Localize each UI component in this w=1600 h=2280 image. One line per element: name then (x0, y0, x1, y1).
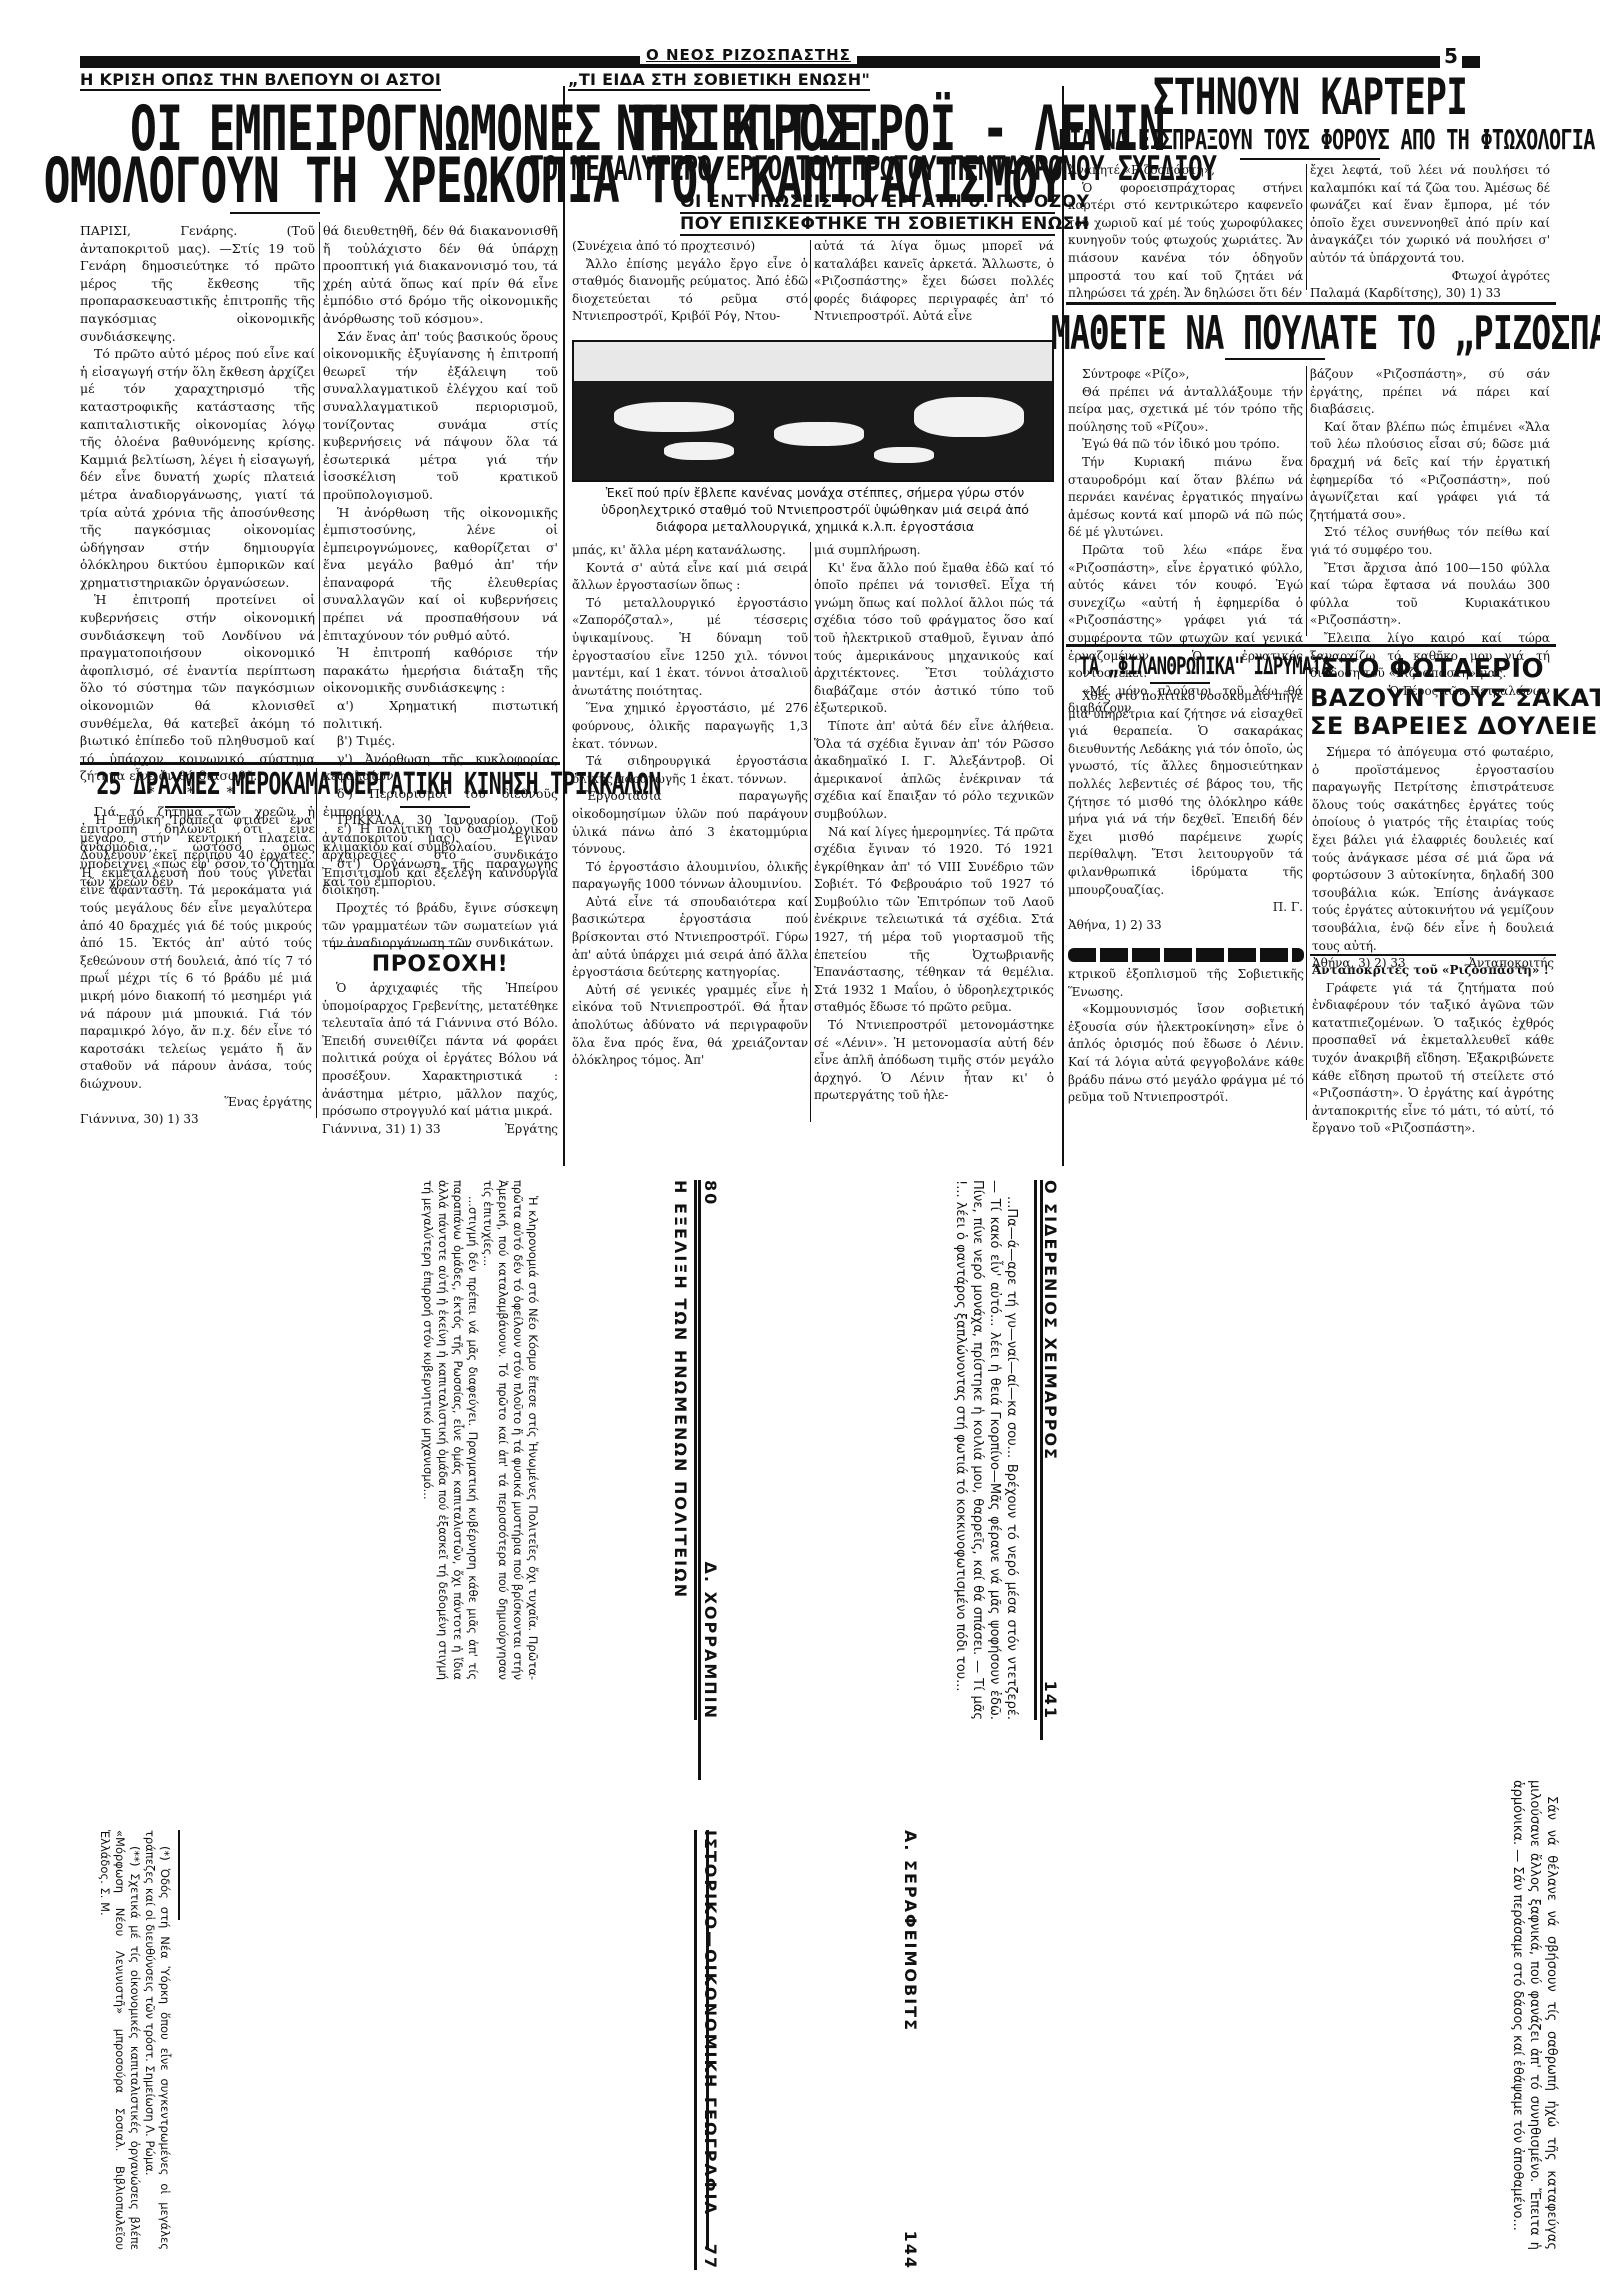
book-rule (698, 1180, 701, 1780)
paragraph: ...στιγμή δέν πρέπει νά μᾶς διαφεύγει. Π… (420, 1180, 480, 1680)
article-headline: ΠΡΟΣΟΧΗ! (322, 952, 558, 977)
salutation: Ἀγαπητέ «Ριζοσπάστη», (1068, 162, 1303, 180)
article-column: αὐτά τά λίγα ὅμως μπορεῖ νά καταλάβει κα… (814, 238, 1054, 326)
article-headline: Ἀνταποκριτές τοῦ «Ριζοσπάστη» ! (1312, 962, 1554, 980)
footnote: (**) Σχετικά μέ τίς οἰκονομικές καπιταλι… (97, 1830, 142, 2250)
article-column: Ἡ Ἐθνική Τράπεζα φτιάνει ἕνα μέγαρο στήν… (80, 812, 312, 1129)
column-divider (1306, 366, 1307, 636)
paragraph: Τό Ντνιεπροστρόϊ μετονομάστηκε σέ «Λένιν… (814, 1017, 1054, 1105)
book-author: Α. ΣΕΡΑΦΕΙΜΟΒΙΤΣ (901, 1830, 920, 2032)
article-column: Σήμερα τό ἀπόγευμα στό φωταέριο, ὁ προϊσ… (1312, 744, 1554, 973)
paragraph: ...Πα—ά—αρε τή γυ—ναί—αί—κα σου... Βρέχο… (952, 1180, 1020, 1720)
article-column: ΤΡΙΚΚΑΛΑ, 30 Ἰανουαρίου. (Τοῦ ἀνταποκριτ… (322, 812, 558, 953)
paragraph: Χθές στό πολιτικό νοσοκομεῖο πῆγε μιά ὑπ… (1068, 688, 1303, 899)
article-column: μπάς, κι' ἄλλα μέρη κατανάλωσης. Κοντά σ… (572, 542, 808, 1070)
paragraph: Αὐτά εἶνε τά σπουδαιότερα καί βασικώτερα… (572, 894, 808, 982)
book-page-number: 80 (701, 1180, 720, 1206)
book-rule (694, 1180, 697, 1720)
salutation: Σύντροφε «Ρίζο», (1068, 366, 1303, 384)
article-headline: ΒΑΖΟΥΝ ΤΟΥΣ ΣΑΚΑΤΗΔΕΣ (1310, 684, 1555, 712)
paragraph: Σήμερα τό ἀπόγευμα στό φωταέριο, ὁ προϊσ… (1312, 744, 1554, 955)
paragraph: Καί ὅταν βλέπω πώς ἐπιμένει «Ἄλα τοῦ λέω… (1310, 419, 1550, 525)
headline-underline (165, 806, 235, 808)
column-divider (810, 542, 811, 1122)
article-headline: ΕΡΓΑΤΙΚΗ ΚΙΝΗΣΗ ΤΡΙΚΚΑΛΩΝ (354, 770, 527, 800)
paragraph: Στό τέλος συνήθως τόν πείθω καί γιά τό σ… (1310, 524, 1550, 559)
headline-underline (1150, 682, 1210, 684)
paragraph: Κι' ἕνα ἄλλο πού ἔμαθα ἐδῶ καί τό ὁποῖο … (814, 560, 1054, 718)
book-footnotes: (*) Ὀδός στή Νέα Ὑόρκη ὅπου εἶνε συγκεντ… (97, 1830, 180, 2250)
article-kicker: Η ΚΡΙΣΗ ΟΠΩΣ ΤΗΝ ΒΛΕΠΟΥΝ ΟΙ ΑΣΤΟΙ (80, 70, 441, 91)
paragraph: Τήν Κυριακή πιάνω ἕνα σταυροδρόμι καί ὅτ… (1068, 454, 1303, 542)
article-subheadline: ΓΙΑ ΝΑ ΕΙΣΠΡΑΞΟΥΝ ΤΟΥΣ ΦΟΡΟΥΣ ΑΠΟ ΤΗ ΦΤΩ… (1058, 126, 1562, 154)
paragraph: αὐτά τά λίγα ὅμως μπορεῖ νά καταλάβει κα… (814, 238, 1054, 326)
paragraph: Ἡ ἀνόρθωση τῆς οἰκονομικῆς ἐμπιστοσύνης,… (323, 504, 558, 645)
column-divider (1062, 86, 1064, 1166)
divider (330, 946, 470, 947)
paragraph: Σάν ἕνας ἀπ' τούς βασικούς ὅρους οἰκονομ… (323, 328, 558, 504)
column-divider (1306, 660, 1307, 1120)
dateline: Παλαμά (Καρδίτσης), 30) 1) 33 (1310, 285, 1550, 303)
book-rule (706, 1830, 709, 2250)
article-headline: ΟΜΟΛΟΓΟΥΝ ΤΗ ΧΡΕΩΚΟΠΙΑ ΤΟΥ ΚΑΠΙΤΑΛΙΣΜΟΥ (44, 150, 577, 212)
book-page-rotated: Ἡ κληρονομιά στό Νέο Κόσμο ἔπεσε στίς Ἡν… (60, 1180, 540, 1700)
paragraph: Νά καί λίγες ἡμερομηνίες. Τά πρῶτα σχέδι… (814, 824, 1054, 1018)
section-rule (1066, 302, 1556, 305)
paragraph: ΤΡΙΚΚΑΛΑ, 30 Ἰανουαρίου. (Τοῦ ἀνταποκριτ… (322, 812, 558, 900)
article-column: Ὁ ἀρχιχαφιές τῆς Ἠπείρου ὑπομοίραρχος Γρ… (322, 980, 558, 1138)
article-headline: ΣΤΗΝΟΥΝ ΚΑΡΤΕΡΙ (1152, 72, 1469, 122)
paragraph: Τά σιδηρουργικά ἐργοστάσια ὁλικῆς παραγω… (572, 753, 808, 788)
paragraph: βάζουν «Ριζοσπάστη», σύ σάν ἐργάτης, πρέ… (1310, 366, 1550, 419)
signature: Π. Γ. (1068, 899, 1303, 917)
paragraph: «Κομμουνισμός ἴσον σοβιετική ἐξουσία σύν… (1068, 1001, 1304, 1107)
paragraph: Τό πρῶτο αὐτό μέρος πού εἶνε καί ἡ εἰσαγ… (80, 345, 315, 591)
footnote-rule (178, 1830, 180, 1920)
article-column: μιά συμπλήρωση. Κι' ἕνα ἄλλο πού ἔμαθα ἐ… (814, 542, 1054, 1105)
article-column: ἔχει λεφτά, τοῦ λέει νά πουλήσει τό καλα… (1310, 162, 1550, 303)
book-page-header: Α. ΣΕΡΑΦΕΙΜΟΒΙΤΣ 144 (901, 1830, 920, 2270)
article-column: Ἀνταποκριτές τοῦ «Ριζοσπάστη» ! Γράφετε … (1312, 962, 1554, 1138)
agenda-item: α') Χρηματική πιστωτική πολιτική. (323, 697, 558, 732)
book-body: Ἡ κληρονομιά στό Νέο Κόσμο ἔπεσε στίς Ἡν… (420, 1180, 540, 1680)
book-page-header: ΙΣΤΟΡΙΚΟ—ΟΙΚΟΝΟΜΙΚΗ ΓΕΩΓΡΑΦΙΑ 77 (690, 1830, 720, 2270)
paragraph: Θά πρέπει νά ἀνταλλάξουμε τήν πείρα μας,… (1068, 384, 1303, 437)
article-column: (Συνέχεια ἀπό τό προχτεσινό) Ἄλλο ἐπίσης… (572, 238, 808, 326)
article-headline: ΜΑΘΕΤΕ ΝΑ ΠΟΥΛΑΤΕ ΤΟ „ΡΙΖΟΣΠΑΣΤΗ" (1051, 310, 1569, 356)
paragraph: Σάν νά θέλανε νά σβήσουν τίς σαθρωπή ἠχώ… (1509, 1780, 1560, 2250)
book-title: ΙΣΤΟΡΙΚΟ—ΟΙΚΟΝΟΜΙΚΗ ΓΕΩΓΡΑΦΙΑ (701, 1830, 720, 2216)
paragraph: Ἡ Ἐθνική Τράπεζα φτιάνει ἕνα μέγαρο στήν… (80, 812, 312, 1094)
book-rule (1040, 1180, 1043, 1740)
article-column: Χθές στό πολιτικό νοσοκομεῖο πῆγε μιά ὑπ… (1068, 688, 1303, 934)
paragraph: Τίποτε ἀπ' αὐτά δέν εἶνε ἀλήθεια. Ὅλα τά… (814, 718, 1054, 824)
paragraph: Ἐγώ θά πῶ τόν ἰδικό μου τρόπο. (1068, 436, 1303, 454)
paragraph: Ἔτσι ἄρχισα ἀπό 100—150 φύλλα καί τώρα ἔ… (1310, 560, 1550, 630)
headline-underline (1225, 358, 1325, 360)
column-divider (316, 768, 317, 1118)
footnote: (*) Ὀδός στή Νέα Ὑόρκη ὅπου εἶνε συγκεντ… (142, 1830, 172, 2250)
article-column: Ἀγαπητέ «Ριζοσπάστη», Ὁ φοροεισπράχτορας… (1068, 162, 1303, 303)
signature: Ἐργάτης (505, 1121, 558, 1139)
article-deck: ΠΟΥ ΕΠΙΣΚΕΦΤΗΚΕ ΤΗ ΣΟΒΙΕΤΙΚΗ ΕΝΩΣΗ (680, 214, 1055, 236)
book-title: Ο ΣΙΔΕΡΕΝΙΟΣ ΧΕΙΜΑΡΡΟΣ (1041, 1180, 1060, 1461)
column-divider (810, 240, 811, 310)
section-rule (80, 762, 560, 765)
article-deck: ΟΙ ΕΝΤΥΠΩΣΕΙΣ ΤΟΥ ΕΡΓΑΤΗ σ. ΓΚΡΟΖΟΥ (680, 192, 1055, 214)
book-page-body: ...Πα—ά—αρε τή γυ—ναί—αί—κα σου... Βρέχο… (952, 1180, 1020, 1720)
photo-sky (574, 342, 1052, 381)
book-page-number: 144 (901, 2231, 920, 2270)
column-divider (319, 222, 320, 642)
paragraph: Ἡ ἐπιτροπή προτείνει οἱ κυβερνήσεις στήν… (80, 591, 315, 785)
dateline: Ἀθήνα, 1) 2) 33 (1068, 917, 1303, 935)
headline-underline (1240, 158, 1380, 160)
wavy-divider (1068, 948, 1304, 962)
photo-dnieprostroi (572, 340, 1054, 482)
paragraph: Ὁ φοροεισπράχτορας στήνει καρτέρι στό κε… (1068, 180, 1303, 303)
dateline: Γιάννινα, 30) 1) 33 (80, 1111, 312, 1129)
paragraph: Τό μεταλλουργικό ἐργοστάσιο «Ζαπορόζσταλ… (572, 595, 808, 701)
paragraph: μπάς, κι' ἄλλα μέρη κατανάλωσης. (572, 542, 808, 560)
signature: Ἕνας ἐργάτης (80, 1094, 312, 1112)
paragraph: μιά συμπλήρωση. (814, 542, 1054, 560)
article-headline: ΣΤΟ ΦΩΤΑΕΡΙΟ (1310, 654, 1555, 684)
article-headline: ΤΑ „ΦΙΛΑΝΘΡΩΠΙΚΑ" ΙΔΡΥΜΑΤΑ (1079, 654, 1281, 678)
book-author: Δ. ΧΟΡΡΑΜΠΙΝ (701, 1562, 720, 1720)
page-number: 5 (1440, 44, 1462, 68)
book-page-body: Σάν νά θέλανε νά σβήσουν τίς σαθρωπή ἠχώ… (1509, 1780, 1560, 2250)
headline-underline (400, 806, 470, 808)
article-headline: ΣΕ ΒΑΡΕΙΕΣ ΔΟΥΛΕΙΕΣ! (1310, 712, 1555, 740)
column-divider (563, 86, 565, 1166)
section-rule (1066, 644, 1556, 647)
book-page-header: 80 Δ. ΧΟΡΡΑΜΠΙΝ Η ΕΞΕΛΙΞΗ ΤΩΝ ΗΝΩΜΕΝΩΝ Π… (671, 1180, 720, 1720)
article-column: κτρικοῦ ἐξοπλισμοῦ τῆς Σοβιετικῆς Ἕνωσης… (1068, 966, 1304, 1107)
paragraph: ἔχει λεφτά, τοῦ λέει νά πουλήσει τό καλα… (1310, 162, 1550, 268)
paragraph: ΠΑΡΙΣΙ, Γενάρης. (Τοῦ ἀνταποκριτοῦ μας).… (80, 222, 315, 345)
paragraph: Αὐτή σέ γενικές γραμμές εἶνε ἡ εἰκόνα το… (572, 982, 808, 1070)
paragraph: Ἡ ἐπιτροπή καθόρισε τήν παρακάτω ἡμερήσι… (323, 644, 558, 697)
book-rule (694, 1830, 697, 2270)
continuation-note: (Συνέχεια ἀπό τό προχτεσινό) (572, 238, 808, 256)
book-page-number: 141 (1041, 1681, 1060, 1720)
paragraph: Ἕνα χημικό ἐργοστάσιο, μέ 276 φούρνους, … (572, 700, 808, 753)
paragraph: Κοντά σ' αὐτά εἶνε καί μιά σειρά ἄλλων ἐ… (572, 560, 808, 595)
article-headline: 25 ΔΡΑΧΜΕΣ ΜΕΡΟΚΑΜΑΤΟ (96, 770, 283, 800)
book-rule (1034, 1180, 1037, 1720)
paragraph: Ὁ ἀρχιχαφιές τῆς Ἠπείρου ὑπομοίραρχος Γρ… (322, 980, 558, 1121)
section-rule (1310, 954, 1556, 956)
paragraph: Τό ἐργοστάσιο ἀλουμινίου, ὁλικῆς παραγωγ… (572, 859, 808, 894)
book-page-number: 77 (701, 2244, 720, 2270)
article-kicker: „ΤΙ ΕΙΔΑ ΣΤΗ ΣΟΒΙΕΤΙΚΗ ΕΝΩΣΗ" (568, 70, 870, 91)
paragraph: Προχτές τό βράδυ, ἔγινε σύσκεψη τῶν γραμ… (322, 900, 558, 953)
article-subheadline: ΤΟ ΜΕΓΑΛΥΤΕΡΟ ΕΡΓΟ ΤΟΥ ΠΡΩΤΟΥ ΠΕΝΤΑΧΡΟΝΟ… (529, 152, 1091, 186)
newspaper-title: Ο ΝΕΟΣ ΡΙΖΟΣΠΑΣΤΗΣ (640, 46, 857, 64)
paragraph: Ἄλλο ἐπίσης μεγάλο ἔργο εἶνε ὁ σταθμός δ… (572, 256, 808, 326)
book-page-header: Ο ΣΙΔΕΡΕΝΙΟΣ ΧΕΙΜΑΡΡΟΣ 141 (1030, 1180, 1060, 1720)
paragraph: Γράφετε γιά τά ζητήματα πού ἐνδιαφέρουν … (1312, 980, 1554, 1138)
agenda-item: β') Τιμές. (323, 732, 558, 750)
photo-caption: Ἐκεῖ πού πρίν ἔβλεπε κανένας μονάχα στέπ… (580, 484, 1050, 535)
article-column: βάζουν «Ριζοσπάστη», σύ σάν ἐργάτης, πρέ… (1310, 366, 1550, 700)
paragraph: Ἡ κληρονομιά στό Νέο Κόσμο ἔπεσε στίς Ἡν… (480, 1180, 540, 1680)
column-divider (1306, 164, 1307, 290)
dateline: Γιάννινα, 31) 1) 33 (322, 1121, 441, 1139)
paragraph: Ἐργοστάσια παραγωγῆς οἰκοδομησίμων ὑλῶν … (572, 788, 808, 858)
paragraph: θά διευθετηθῆ, δέν θά διακανονισθῆ ἤ τοὐ… (323, 222, 558, 328)
book-chapter-title: Η ΕΞΕΛΙΞΗ ΤΩΝ ΗΝΩΜΕΝΩΝ ΠΟΛΙΤΕΙΩΝ (671, 1180, 690, 1720)
paragraph: κτρικοῦ ἐξοπλισμοῦ τῆς Σοβιετικῆς Ἕνωσης… (1068, 966, 1304, 1001)
signature: Φτωχοί ἀγρότες (1310, 268, 1550, 286)
headline-underline (230, 212, 320, 214)
